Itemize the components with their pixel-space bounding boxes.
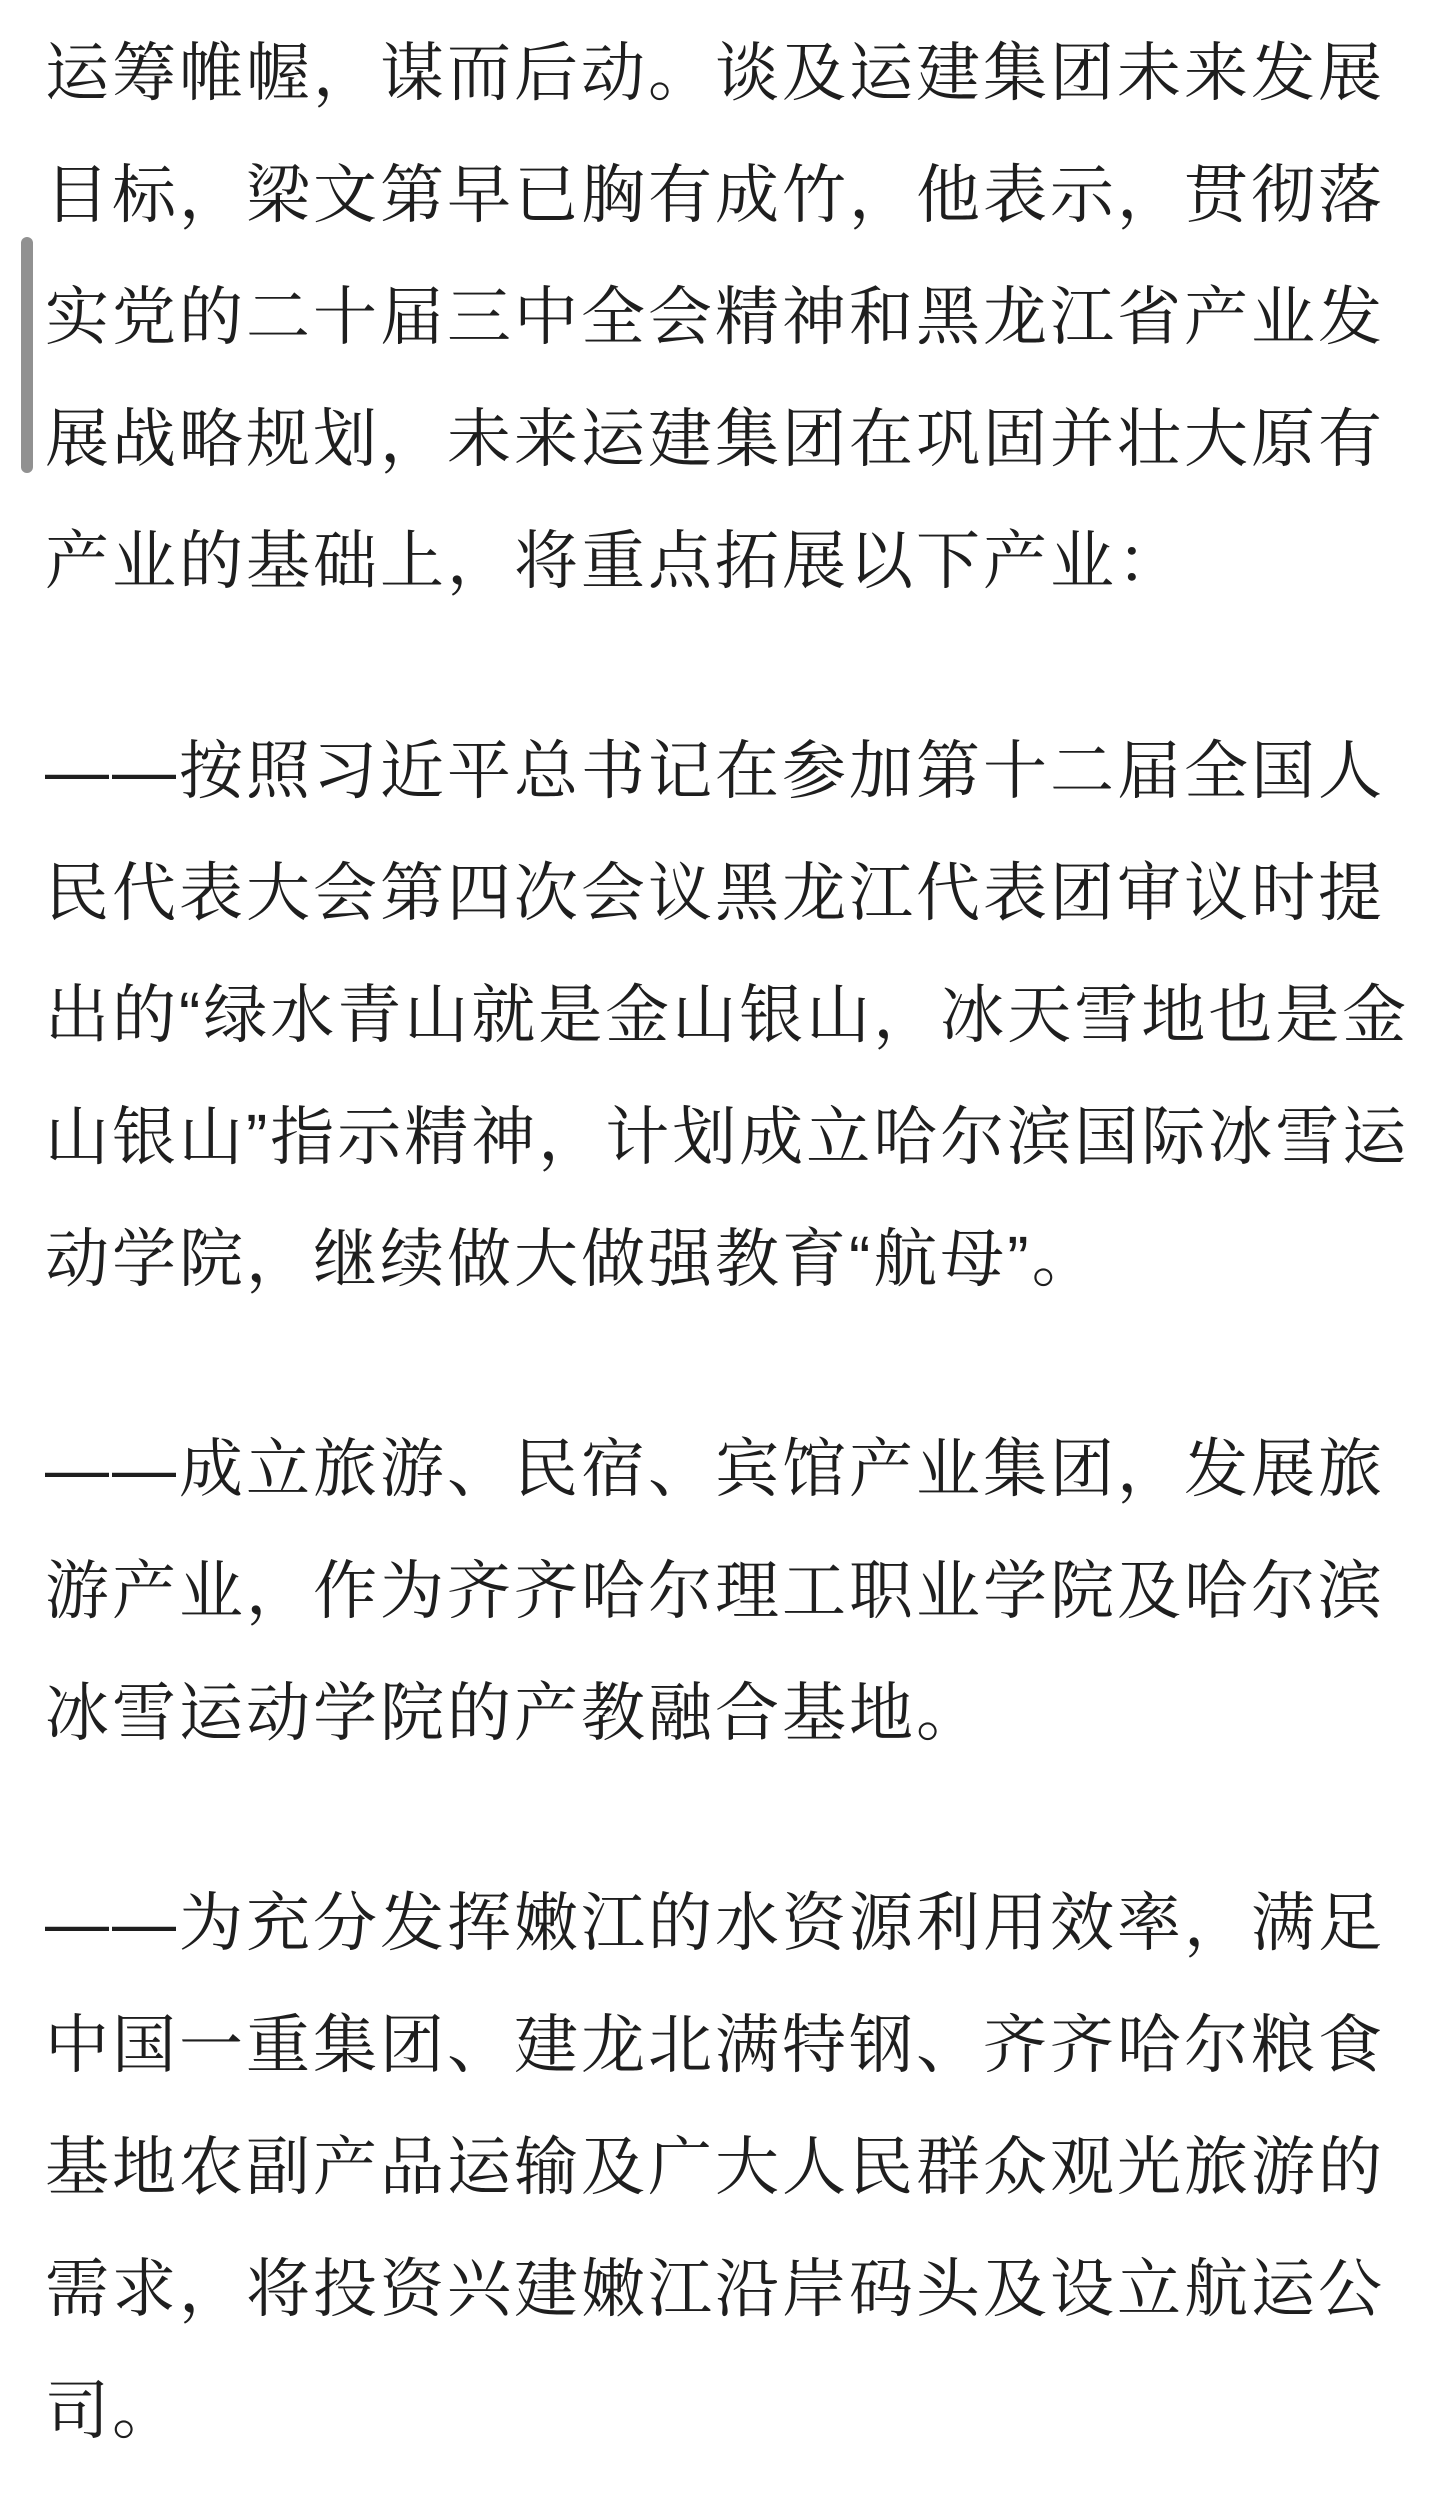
text-line: 展战略规划，未来运建集团在巩固并壮大原有 <box>45 378 1393 500</box>
text-line: 民代表大会第四次会议黑龙江代表团审议时提 <box>45 832 1393 954</box>
text-line: ——为充分发挥嫩江的水资源利用效率，满足 <box>45 1862 1393 1984</box>
text-line: 出的“绿水青山就是金山银山，冰天雪地也是金 <box>45 954 1393 1076</box>
text-line: 运筹帷幄，谋而后动。谈及运建集团未来发展 <box>45 12 1393 134</box>
text-line: 目标，梁文第早已胸有成竹，他表示，贯彻落 <box>45 134 1393 256</box>
text-line: 基地农副产品运输及广大人民群众观光旅游的 <box>45 2106 1393 2228</box>
paragraph: ——成立旅游、民宿、宾馆产业集团，发展旅 游产业，作为齐齐哈尔理工职业学院及哈尔… <box>45 1408 1393 1774</box>
text-line: 中国一重集团、建龙北满特钢、齐齐哈尔粮食 <box>45 1984 1393 2106</box>
text-line: 山银山”指示精神，计划成立哈尔滨国际冰雪运 <box>45 1076 1393 1198</box>
article-body: 运筹帷幄，谋而后动。谈及运建集团未来发展 目标，梁文第早已胸有成竹，他表示，贯彻… <box>0 12 1440 2472</box>
paragraph: ——为充分发挥嫩江的水资源利用效率，满足 中国一重集团、建龙北满特钢、齐齐哈尔粮… <box>45 1862 1393 2472</box>
text-line: 实党的二十届三中全会精神和黑龙江省产业发 <box>45 256 1393 378</box>
paragraph: 运筹帷幄，谋而后动。谈及运建集团未来发展 目标，梁文第早已胸有成竹，他表示，贯彻… <box>45 12 1393 622</box>
text-line: 需求，将投资兴建嫩江沿岸码头及设立航运公 <box>45 2228 1393 2350</box>
text-line: ——成立旅游、民宿、宾馆产业集团，发展旅 <box>45 1408 1393 1530</box>
text-line: 产业的基础上，将重点拓展以下产业： <box>45 500 1393 622</box>
text-line: 冰雪运动学院的产教融合基地。 <box>45 1652 1393 1774</box>
text-line: ——按照习近平总书记在参加第十二届全国人 <box>45 710 1393 832</box>
text-line: 游产业，作为齐齐哈尔理工职业学院及哈尔滨 <box>45 1530 1393 1652</box>
text-line: 司。 <box>45 2350 1393 2472</box>
paragraph: ——按照习近平总书记在参加第十二届全国人 民代表大会第四次会议黑龙江代表团审议时… <box>45 710 1393 1320</box>
text-line: 动学院，继续做大做强教育“航母”。 <box>45 1198 1393 1320</box>
